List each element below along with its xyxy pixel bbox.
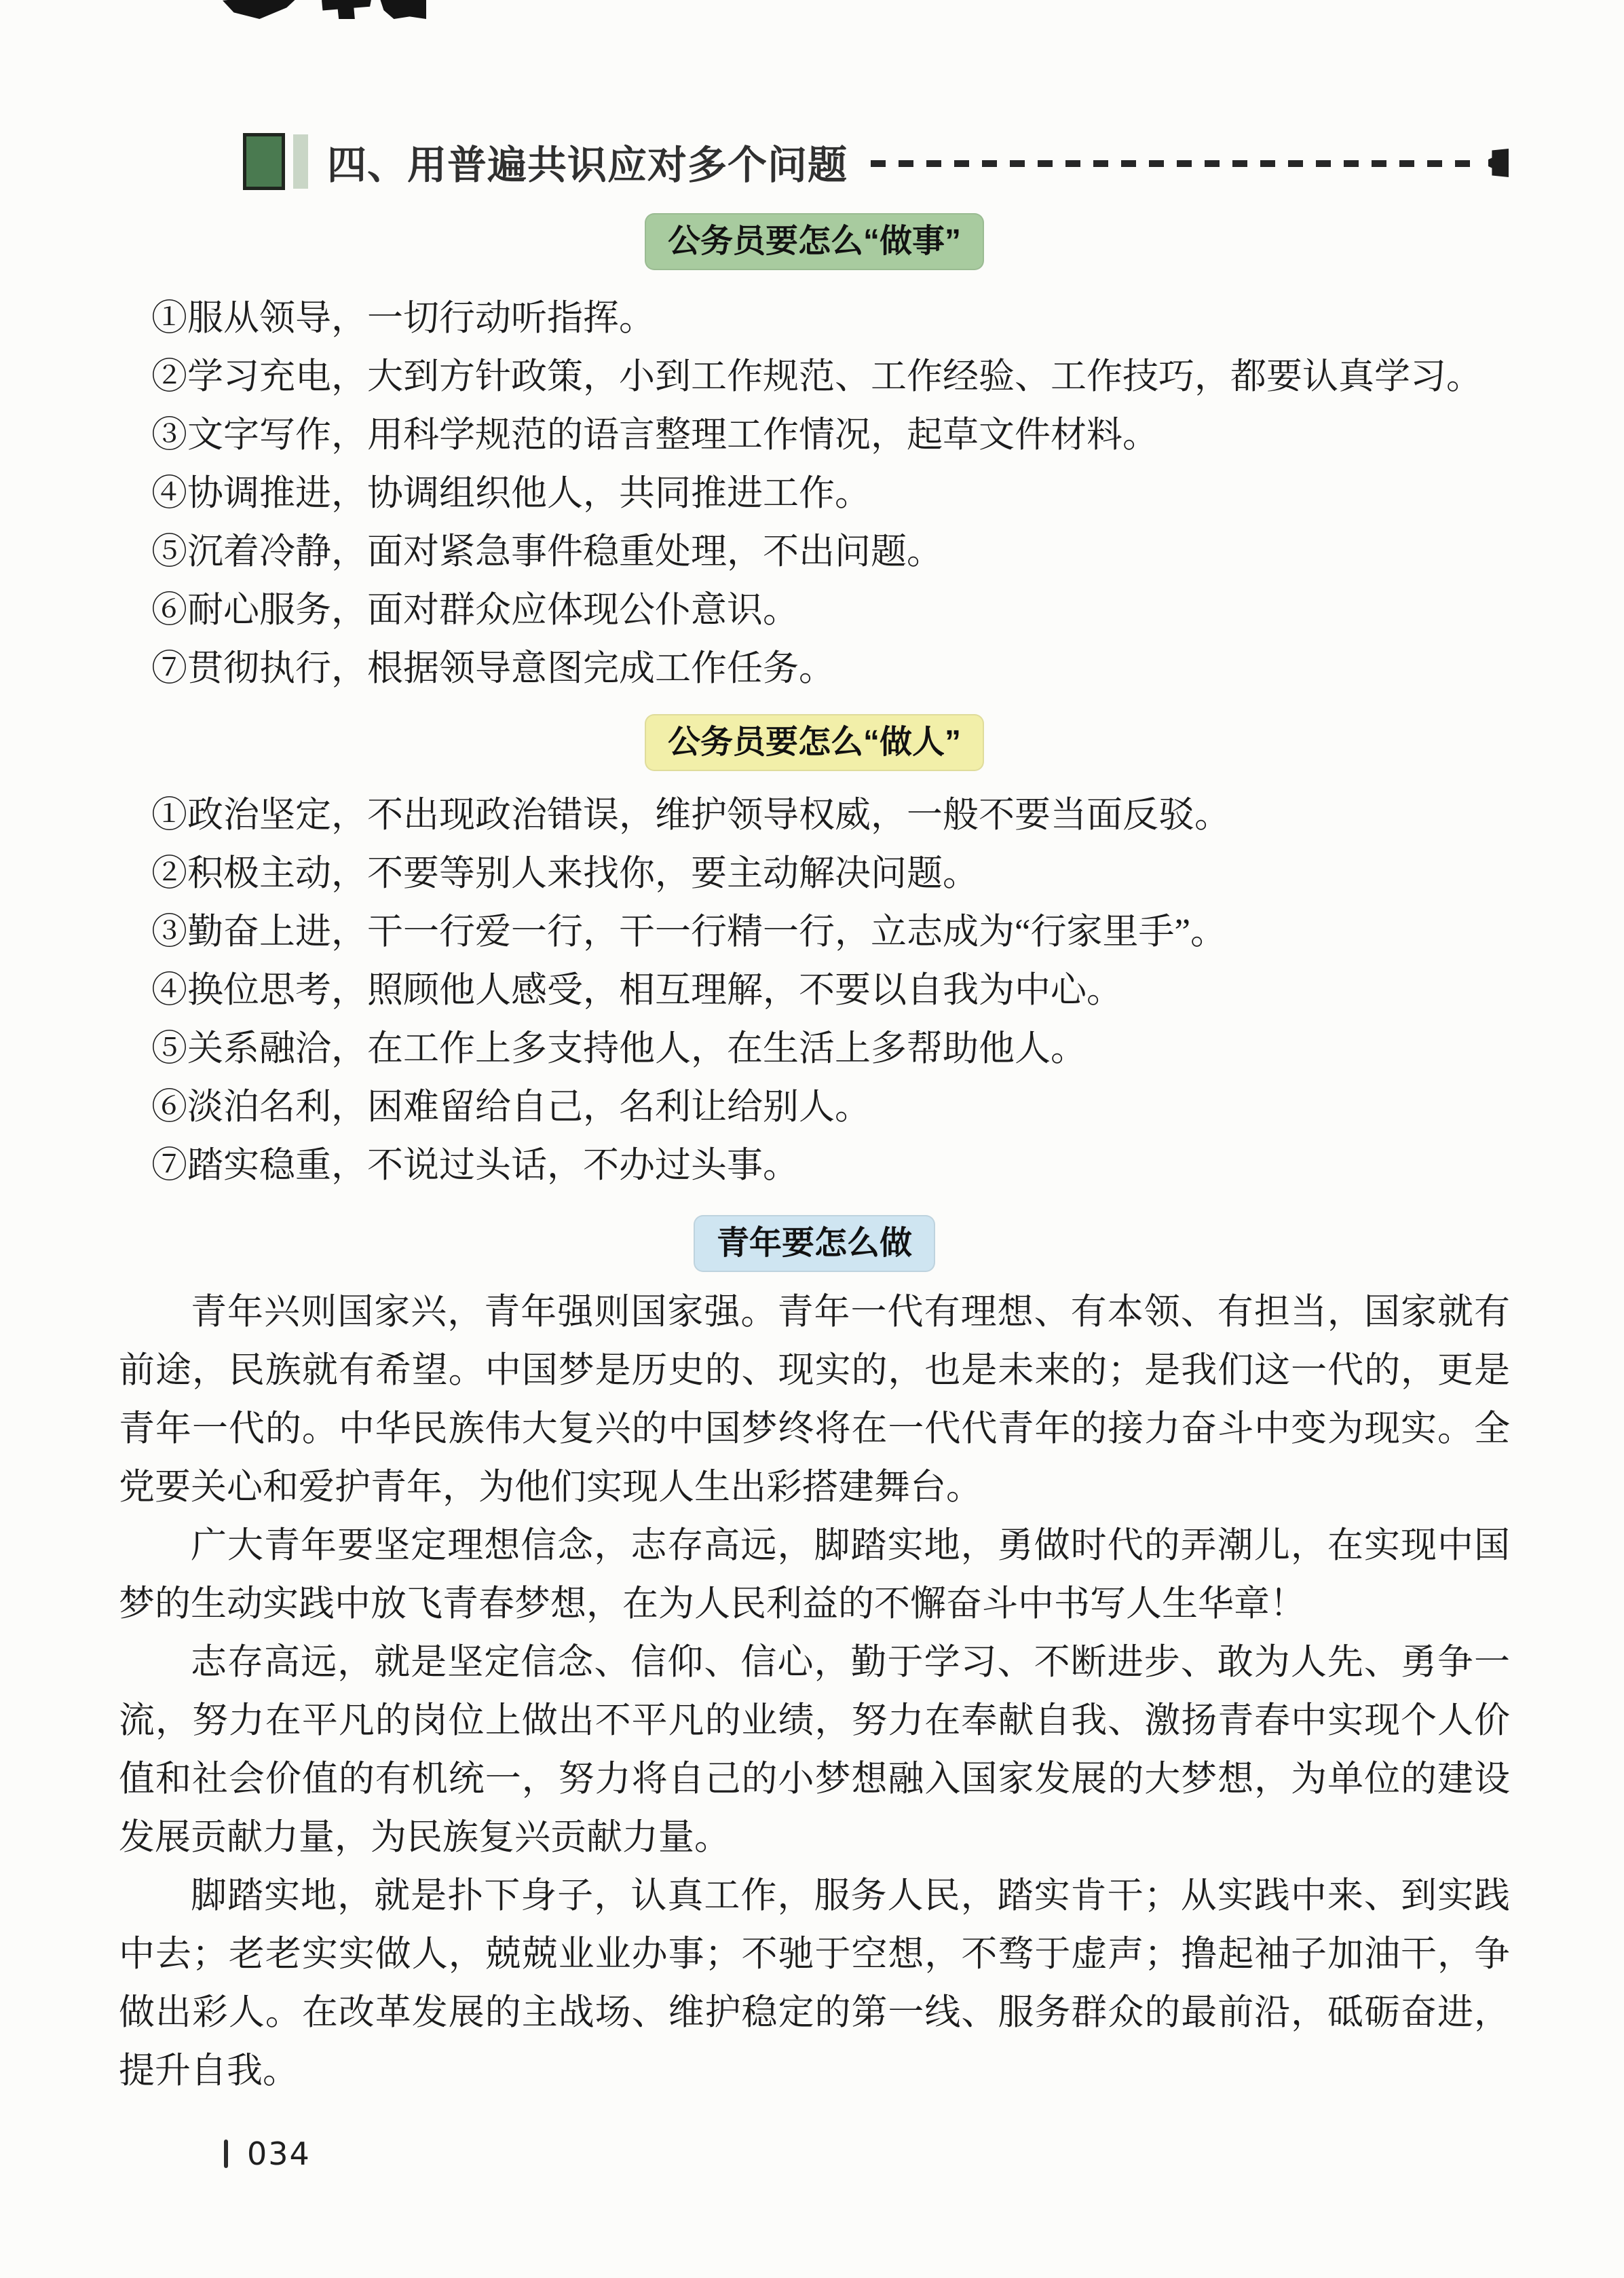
list-item: ⑥淡泊名利，困难留给自己，名利让给别人。: [151, 1078, 1510, 1136]
list-item: ③勤奋上进，干一行爱一行，干一行精一行，立志成为“行家里手”。: [151, 903, 1510, 961]
list-item: ①政治坚定，不出现政治错误，维护领导权威，一般不要当面反驳。: [151, 786, 1510, 844]
list-item: ①服从领导，一切行动听指挥。: [151, 289, 1510, 348]
brand-logo-glyph-icon: [322, 0, 372, 19]
brand-logo-swoosh-icon: [223, 0, 303, 19]
list-item: ⑦踏实稳重，不说过头话，不办过头事。: [151, 1136, 1510, 1195]
heading-youth-action: 青年要怎么做: [694, 1215, 935, 1272]
page-number: 034: [247, 2135, 311, 2172]
list-item: ⑤关系融洽，在工作上多支持他人，在生活上多帮助他人。: [151, 1020, 1510, 1078]
list-item: ⑤沉着冷静，面对紧急事件稳重处理，不出问题。: [151, 523, 1510, 581]
list-item: ⑦贯彻执行，根据领导意图完成工作任务。: [151, 639, 1510, 698]
list-item: ②积极主动，不要等别人来找你，要主动解决问题。: [151, 844, 1510, 903]
list-item: ④协调推进，协调组织他人，共同推进工作。: [151, 464, 1510, 523]
dashed-rule: [871, 160, 1481, 167]
section-marker-light-icon: [293, 134, 308, 189]
list-item: ④换位思考，照顾他人感受，相互理解，不要以自我为中心。: [151, 961, 1510, 1020]
list-item: ③文字写作，用科学规范的语言整理工作情况，起草文件材料。: [151, 406, 1510, 464]
paragraph: 志存高远，就是坚定信念、信仰、信心，勤于学习、不断进步、敢为人先、勇争一流，努力…: [119, 1633, 1510, 1867]
heading-how-to-behave: 公务员要怎么“做人”: [645, 714, 984, 771]
youth-paragraphs: 青年兴则国家兴，青年强则国家强。青年一代有理想、有本领、有担当，国家就有前途，民…: [119, 1283, 1510, 2100]
footer-bar-icon: [224, 2140, 228, 2168]
paragraph: 脚踏实地，就是扑下身子，认真工作，服务人民，踏实肯干；从实践中来、到实践中去；老…: [119, 1867, 1510, 2100]
paragraph: 广大青年要坚定理想信念，志存高远，脚踏实地，勇做时代的弄潮儿，在实现中国梦的生动…: [119, 1516, 1510, 1633]
list-item: ⑥耐心服务，面对群众应体现公仆意识。: [151, 581, 1510, 639]
list-how-to-work: ①服从领导，一切行动听指挥。 ②学习充电，大到方针政策，小到工作规范、工作经验、…: [119, 289, 1510, 698]
brand-logo-icon: [223, 0, 426, 20]
section-marker-icon: [243, 133, 285, 190]
list-item: ②学习充电，大到方针政策，小到工作规范、工作经验、工作技巧，都要认真学习。: [151, 348, 1510, 406]
dash-end-icon: [1488, 149, 1509, 177]
document-page: 四、用普遍共识应对多个问题 公务员要怎么“做事” ①服从领导，一切行动听指挥。 …: [0, 130, 1624, 2100]
section-header: 四、用普遍共识应对多个问题: [0, 130, 1624, 193]
list-how-to-behave: ①政治坚定，不出现政治错误，维护领导权威，一般不要当面反驳。 ②积极主动，不要等…: [119, 786, 1510, 1195]
page-content: 公务员要怎么“做事” ①服从领导，一切行动听指挥。 ②学习充电，大到方针政策，小…: [0, 213, 1624, 2100]
page-footer: 034: [224, 2135, 311, 2172]
section-title: 四、用普遍共识应对多个问题: [327, 133, 848, 190]
brand-logo-glyph-icon: [380, 0, 426, 19]
heading-how-to-work: 公务员要怎么“做事”: [645, 213, 984, 270]
paragraph: 青年兴则国家兴，青年强则国家强。青年一代有理想、有本领、有担当，国家就有前途，民…: [119, 1283, 1510, 1516]
